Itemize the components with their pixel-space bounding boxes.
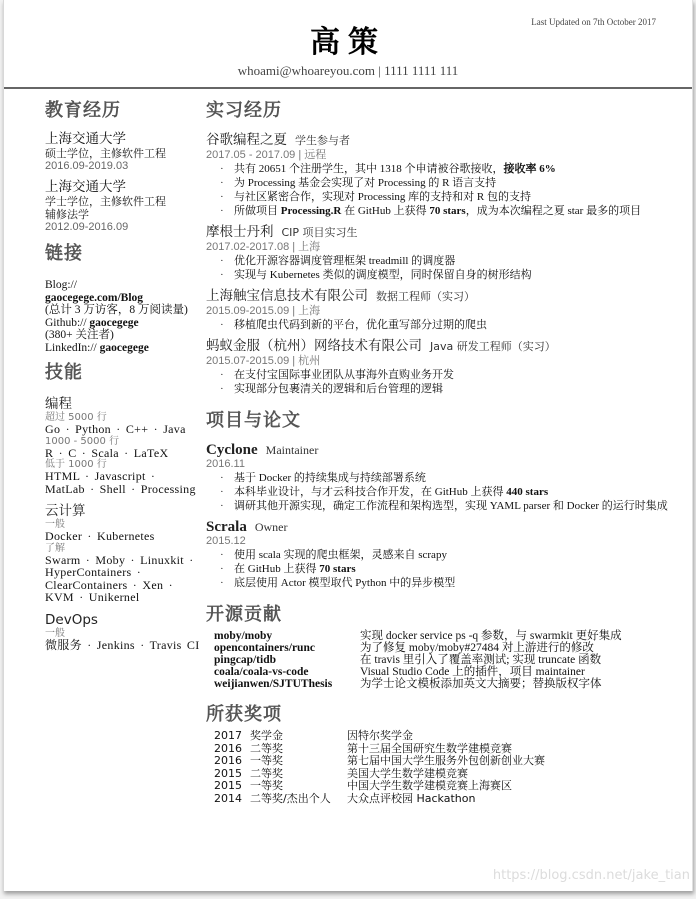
job-role: 学生参与者 bbox=[295, 134, 350, 147]
education-date: 2012.09-2016.09 bbox=[45, 221, 200, 233]
table-row: opencontainers/runc为了修复 moby/moby#27484 … bbox=[214, 642, 622, 654]
degree: 学士学位，主修软件工程 bbox=[45, 195, 200, 208]
minor: 辅修法学 bbox=[45, 208, 200, 221]
section-title-internships: 实习经历 bbox=[206, 98, 676, 124]
skill-level: 一般 bbox=[45, 628, 200, 639]
school-name: 上海交通大学 bbox=[45, 180, 200, 195]
company-name: 蚂蚁金服（杭州）网络技术有限公司 bbox=[206, 338, 422, 354]
repo-desc: 实现 docker service ps -q 参数，与 swarmkit 更好… bbox=[360, 630, 622, 642]
job-bullets: 优化开源容器调度管理框架 treadmill 的调度器 实现与 Kubernet… bbox=[206, 254, 676, 282]
job-date: 2015.07-2015.09 | 杭州 bbox=[206, 355, 676, 367]
repo-name: opencontainers/runc bbox=[214, 642, 360, 654]
section-title-contributions: 开源贡献 bbox=[206, 602, 676, 628]
skill-items: Swarm · Moby · Linuxkit · HyperContainer… bbox=[45, 554, 200, 604]
skill-items: Go · Python · C++ · Java bbox=[45, 423, 200, 436]
contact-info: whoami@whoareyou.com | 1111 1111 111 bbox=[4, 63, 692, 79]
award-level: 一等奖 bbox=[250, 755, 347, 768]
section-title-education: 教育经历 bbox=[45, 98, 200, 124]
github-user: gaocegege bbox=[89, 317, 138, 329]
bullet-item: 在 GitHub 上获得 70 stars bbox=[234, 562, 676, 576]
awards-table: 2017奖学金因特尔奖学金 2016二等奖第十三届全国研究生数学建模竞赛 201… bbox=[214, 730, 545, 805]
bullet-item: 底层使用 Actor 模型取代 Python 中的异步模型 bbox=[234, 576, 676, 590]
bullet-item: 移植爬虫代码到新的平台，优化重写部分过期的爬虫 bbox=[234, 318, 676, 332]
job-date: 2017.05 - 2017.09 | 远程 bbox=[206, 149, 676, 161]
education-date: 2016.09-2019.03 bbox=[45, 160, 200, 172]
award-name: 大众点评校园 Hackathon bbox=[347, 793, 545, 806]
projects-section: 项目与论文 CycloneMaintainer 2016.11 基于 Docke… bbox=[206, 408, 676, 590]
award-level: 奖学金 bbox=[250, 730, 347, 743]
bullet-item: 与社区紧密合作，实现对 Processing 库的支持和对 R 包的支持 bbox=[234, 190, 676, 204]
repo-desc: 在 travis 里引入了覆盖率测试; 实现 truncate 函数 bbox=[360, 654, 622, 666]
job-role: Java 研发工程师（实习） bbox=[430, 340, 556, 353]
skill-items: Docker · Kubernetes bbox=[45, 530, 200, 543]
job-role: 数据工程师（实习） bbox=[376, 290, 475, 303]
skill-items: R · C · Scala · LaTeX bbox=[45, 447, 200, 460]
award-year: 2015 bbox=[214, 780, 250, 793]
project-date: 2015.12 bbox=[206, 535, 676, 547]
table-row: 2014二等奖/杰出个人大众点评校园 Hackathon bbox=[214, 793, 545, 806]
contributions-section: 开源贡献 moby/moby实现 docker service ps -q 参数… bbox=[206, 602, 676, 690]
project-date: 2016.11 bbox=[206, 458, 676, 470]
table-row: 2017奖学金因特尔奖学金 bbox=[214, 730, 545, 743]
project-bullets: 基于 Docker 的持续集成与持续部署系统 本科毕业设计，与才云科技合作开发，… bbox=[206, 471, 676, 513]
school-name: 上海交通大学 bbox=[45, 132, 200, 147]
bullet-item: 为 Processing 基金会实现了对 Processing 的 R 语言支持 bbox=[234, 176, 676, 190]
linkedin-user: gaocegege bbox=[100, 342, 149, 354]
skill-group-title: 云计算 bbox=[45, 503, 200, 519]
repo-name: pingcap/tidb bbox=[214, 654, 360, 666]
project-role: Owner bbox=[255, 520, 288, 534]
award-year: 2016 bbox=[214, 755, 250, 768]
skill-group-title: DevOps bbox=[45, 612, 200, 628]
award-name: 因特尔奖学金 bbox=[347, 730, 545, 743]
skill-items: HTML · Javascript · MatLab · Shell · Pro… bbox=[45, 470, 200, 495]
awards-section: 所获奖项 2017奖学金因特尔奖学金 2016二等奖第十三届全国研究生数学建模竞… bbox=[206, 702, 676, 805]
award-level: 一等奖 bbox=[250, 780, 347, 793]
bullet-item: 本科毕业设计，与才云科技合作开发，在 GitHub 上获得 440 stars bbox=[234, 485, 676, 499]
award-name: 中国大学生数学建模竞赛上海赛区 bbox=[347, 780, 545, 793]
project-entry: ScralaOwner 2015.12 使用 scala 实现的爬虫框架，灵感来… bbox=[206, 519, 676, 590]
contributions-table: moby/moby实现 docker service ps -q 参数，与 sw… bbox=[214, 630, 622, 690]
job-entry: 蚂蚁金服（杭州）网络技术有限公司Java 研发工程师（实习） 2015.07-2… bbox=[206, 338, 676, 396]
project-entry: CycloneMaintainer 2016.11 基于 Docker 的持续集… bbox=[206, 442, 676, 513]
bullet-item: 调研其他开源实现，确定工作流程和架构选型，实现 YAML parser 和 Do… bbox=[234, 499, 676, 513]
award-name: 第七届中国大学生服务外包创新创业大赛 bbox=[347, 755, 545, 768]
job-bullets: 在支付宝国际事业团队从事海外直购业务开发 实现部分包裹清关的逻辑和后台管理的逻辑 bbox=[206, 368, 676, 396]
linkedin-link[interactable]: LinkedIn:// gaocegege bbox=[45, 342, 200, 355]
award-year: 2017 bbox=[214, 730, 250, 743]
bullet-item: 所做项目 Processing.R 在 GitHub 上获得 70 stars，… bbox=[234, 204, 676, 218]
skill-group-devops: DevOps 一般 微服务 · Jenkins · Travis CI bbox=[45, 612, 200, 652]
job-entry: 摩根士丹利CIP 项目实习生 2017.02-2017.08 | 上海 优化开源… bbox=[206, 224, 676, 282]
project-name: Scrala bbox=[206, 519, 247, 535]
skill-level: 了解 bbox=[45, 543, 200, 554]
watermark: https://blog.csdn.net/jake_tian bbox=[493, 868, 690, 883]
table-row: moby/moby实现 docker service ps -q 参数，与 sw… bbox=[214, 630, 622, 642]
main-column: 实习经历 谷歌编程之夏学生参与者 2017.05 - 2017.09 | 远程 … bbox=[206, 98, 676, 805]
project-bullets: 使用 scala 实现的爬虫框架，灵感来自 scrapy 在 GitHub 上获… bbox=[206, 548, 676, 590]
degree: 硕士学位，主修软件工程 bbox=[45, 147, 200, 160]
resume-page: Last Updated on 7th October 2017 高策 whoa… bbox=[3, 0, 693, 891]
table-row: 2016一等奖第七届中国大学生服务外包创新创业大赛 bbox=[214, 755, 545, 768]
section-title-links: 链接 bbox=[45, 241, 200, 267]
education-section: 教育经历 上海交通大学 硕士学位，主修软件工程 2016.09-2019.03 … bbox=[45, 98, 200, 233]
blog-prefix: Blog:// bbox=[45, 279, 77, 291]
company-name: 上海触宝信息技术有限公司 bbox=[206, 288, 368, 304]
company-name: 摩根士丹利 bbox=[206, 224, 274, 240]
table-row: pingcap/tidb在 travis 里引入了覆盖率测试; 实现 trunc… bbox=[214, 654, 622, 666]
project-role: Maintainer bbox=[266, 443, 319, 457]
job-entry: 上海触宝信息技术有限公司数据工程师（实习） 2015.09-2015.09 | … bbox=[206, 288, 676, 332]
section-title-projects: 项目与论文 bbox=[206, 408, 676, 434]
job-entry: 谷歌编程之夏学生参与者 2017.05 - 2017.09 | 远程 共有 20… bbox=[206, 132, 676, 218]
section-title-awards: 所获奖项 bbox=[206, 702, 676, 728]
links-section: 链接 Blog:// gaocegege.com/Blog (总计 3 万访客，… bbox=[45, 241, 200, 354]
skill-group-title: 编程 bbox=[45, 396, 200, 412]
award-year: 2014 bbox=[214, 793, 250, 806]
bullet-item: 共有 20651 个注册学生，其中 1318 个申请被谷歌接收，接收率 6% bbox=[234, 162, 676, 176]
job-date: 2017.02-2017.08 | 上海 bbox=[206, 241, 676, 253]
skill-level: 1000 - 5000 行 bbox=[45, 436, 200, 447]
skill-group-programming: 编程 超过 5000 行 Go · Python · C++ · Java 10… bbox=[45, 396, 200, 495]
skills-section: 技能 编程 超过 5000 行 Go · Python · C++ · Java… bbox=[45, 360, 200, 651]
repo-name: weijianwen/SJTUThesis bbox=[214, 678, 360, 690]
repo-name: coala/coala-vs-code bbox=[214, 666, 360, 678]
company-name: 谷歌编程之夏 bbox=[206, 132, 287, 148]
skill-items: 微服务 · Jenkins · Travis CI bbox=[45, 639, 200, 652]
job-bullets: 移植爬虫代码到新的平台，优化重写部分过期的爬虫 bbox=[206, 318, 676, 332]
table-row: coala/coala-vs-codeVisual Studio Code 上的… bbox=[214, 666, 622, 678]
job-role: CIP 项目实习生 bbox=[282, 226, 358, 239]
header-divider bbox=[4, 87, 692, 89]
internships-section: 实习经历 谷歌编程之夏学生参与者 2017.05 - 2017.09 | 远程 … bbox=[206, 98, 676, 396]
sidebar: 教育经历 上海交通大学 硕士学位，主修软件工程 2016.09-2019.03 … bbox=[45, 98, 200, 657]
blog-url-text: gaocegege.com/Blog bbox=[45, 292, 143, 304]
job-bullets: 共有 20651 个注册学生，其中 1318 个申请被谷歌接收，接收率 6% 为… bbox=[206, 162, 676, 218]
project-name: Cyclone bbox=[206, 442, 258, 458]
bullet-item: 基于 Docker 的持续集成与持续部署系统 bbox=[234, 471, 676, 485]
repo-desc: Visual Studio Code 上的插件，项目 maintainer bbox=[360, 666, 622, 678]
bullet-item: 在支付宝国际事业团队从事海外直购业务开发 bbox=[234, 368, 676, 382]
bullet-item: 实现部分包裹清关的逻辑和后台管理的逻辑 bbox=[234, 382, 676, 396]
linkedin-prefix: LinkedIn:// bbox=[45, 342, 100, 354]
github-link[interactable]: Github:// gaocegege bbox=[45, 317, 200, 330]
github-prefix: Github:// bbox=[45, 317, 89, 329]
table-row: weijianwen/SJTUThesis为学士论文模板添加英文大摘要；替换版权… bbox=[214, 678, 622, 690]
repo-name: moby/moby bbox=[214, 630, 360, 642]
section-title-skills: 技能 bbox=[45, 360, 200, 386]
blog-stats: (总计 3 万访客，8 万阅读量) bbox=[45, 304, 200, 317]
education-item: 上海交通大学 硕士学位，主修软件工程 2016.09-2019.03 bbox=[45, 132, 200, 172]
bullet-item: 使用 scala 实现的爬虫框架，灵感来自 scrapy bbox=[234, 548, 676, 562]
repo-desc: 为了修复 moby/moby#27484 对上游进行的修改 bbox=[360, 642, 622, 654]
person-name: 高策 bbox=[4, 25, 692, 61]
skill-group-cloud: 云计算 一般 Docker · Kubernetes 了解 Swarm · Mo… bbox=[45, 503, 200, 604]
education-item: 上海交通大学 学士学位，主修软件工程 辅修法学 2012.09-2016.09 bbox=[45, 180, 200, 233]
github-stats: (380+ 关注者) bbox=[45, 329, 200, 342]
bullet-item: 优化开源容器调度管理框架 treadmill 的调度器 bbox=[234, 254, 676, 268]
links-list: Blog:// gaocegege.com/Blog (总计 3 万访客，8 万… bbox=[45, 279, 200, 354]
blog-url[interactable]: gaocegege.com/Blog bbox=[45, 292, 200, 305]
table-row: 2015一等奖中国大学生数学建模竞赛上海赛区 bbox=[214, 780, 545, 793]
job-date: 2015.09-2015.09 | 上海 bbox=[206, 305, 676, 317]
award-level: 二等奖/杰出个人 bbox=[250, 793, 347, 806]
bullet-item: 实现与 Kubernetes 类似的调度模型，同时保留自身的树形结构 bbox=[234, 268, 676, 282]
repo-desc: 为学士论文模板添加英文大摘要；替换版权字体 bbox=[360, 678, 622, 690]
blog-link[interactable]: Blog:// bbox=[45, 279, 200, 292]
